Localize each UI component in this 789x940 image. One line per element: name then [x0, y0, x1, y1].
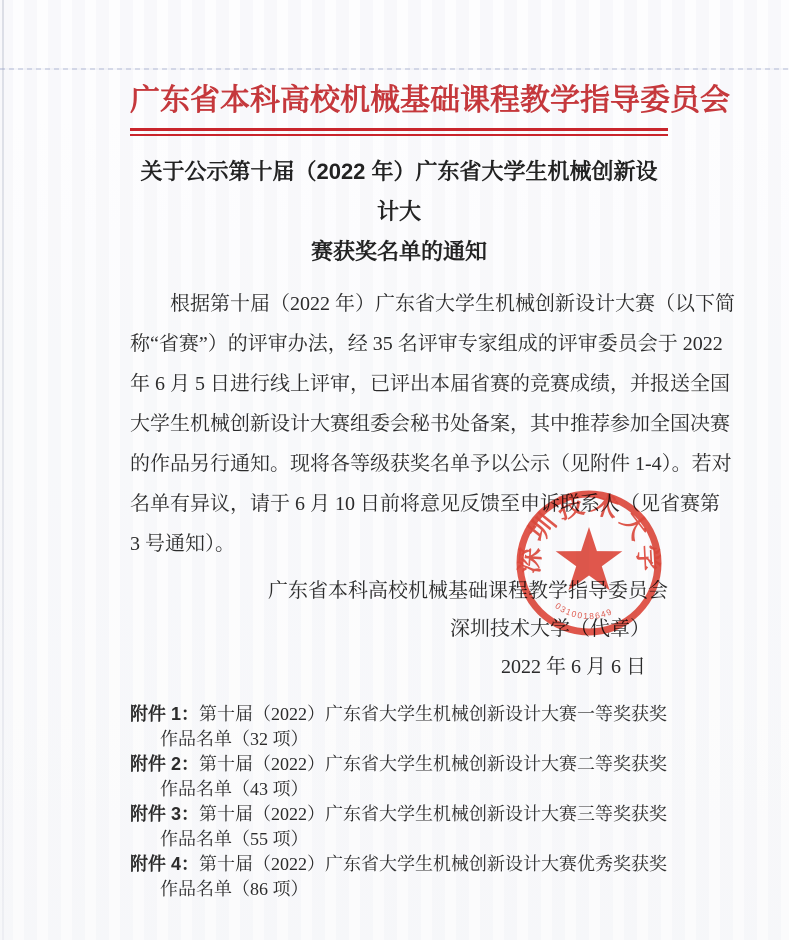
attachment-label: 附件 2：: [130, 754, 199, 774]
body-line: 根据第十届（2022 年）广东省大学生机械创新设计大赛（以下简: [130, 284, 668, 324]
attachment-continuation: 作品名单（55 项）: [130, 827, 668, 852]
letterhead-double-rule: [130, 128, 668, 136]
attachment-text: 第十届（2022）广东省大学生机械创新设计大赛优秀奖获奖: [199, 854, 667, 874]
attachment-label: 附件 1：: [130, 704, 199, 724]
attachment-text: 第十届（2022）广东省大学生机械创新设计大赛一等奖获奖: [199, 704, 667, 724]
attachment-label: 附件 3：: [130, 804, 199, 824]
attachment-continuation: 作品名单（86 项）: [130, 877, 668, 902]
attachment-continuation: 作品名单（32 项）: [130, 727, 668, 752]
signature-agency: 深圳技术大学（代章）: [130, 610, 668, 648]
document-title-line1: 关于公示第十届（2022 年）广东省大学生机械创新设计大: [130, 152, 668, 232]
attachment-text: 第十届（2022）广东省大学生机械创新设计大赛三等奖获奖: [199, 804, 667, 824]
body-line: 的作品另行通知。现将各等级获奖名单予以公示（见附件 1-4）。若对: [130, 444, 668, 484]
document-title: 关于公示第十届（2022 年）广东省大学生机械创新设计大 赛获奖名单的通知: [130, 152, 668, 272]
body-line: 大学生机械创新设计大赛组委会秘书处备案，其中推荐参加全国决赛: [130, 404, 668, 444]
attachment-item: 附件 2：第十届（2022）广东省大学生机械创新设计大赛二等奖获奖: [130, 752, 668, 777]
body-paragraph: 根据第十届（2022 年）广东省大学生机械创新设计大赛（以下简 称“省赛”）的评…: [130, 284, 668, 564]
committee-letterhead: 广东省本科高校机械基础课程教学指导委员会: [130, 82, 668, 120]
body-line: 3 号通知）。: [130, 524, 668, 564]
document-title-line2: 赛获奖名单的通知: [130, 232, 668, 272]
attachment-continuation: 作品名单（43 项）: [130, 777, 668, 802]
attachment-label: 附件 4：: [130, 854, 199, 874]
attachment-text: 第十届（2022）广东省大学生机械创新设计大赛二等奖获奖: [199, 754, 667, 774]
attachment-list: 附件 1：第十届（2022）广东省大学生机械创新设计大赛一等奖获奖 作品名单（3…: [130, 702, 668, 902]
attachment-item: 附件 1：第十届（2022）广东省大学生机械创新设计大赛一等奖获奖: [130, 702, 668, 727]
attachment-item: 附件 4：第十届（2022）广东省大学生机械创新设计大赛优秀奖获奖: [130, 852, 668, 877]
body-line: 称“省赛”）的评审办法，经 35 名评审专家组成的评审委员会于 2022: [130, 324, 668, 364]
body-line: 名单有异议，请于 6 月 10 日前将意见反馈至申诉联系人（见省赛第: [130, 484, 668, 524]
signature-date: 2022 年 6 月 6 日: [130, 648, 668, 686]
scanned-document-page: 广东省本科高校机械基础课程教学指导委员会 关于公示第十届（2022 年）广东省大…: [0, 0, 789, 940]
scan-left-edge-artifact: [2, 0, 4, 940]
body-line: 年 6 月 5 日进行线上评审，已评出本届省赛的竞赛成绩，并报送全国: [130, 364, 668, 404]
document-content: 广东省本科高校机械基础课程教学指导委员会 关于公示第十届（2022 年）广东省大…: [130, 0, 668, 902]
signature-block: 广东省本科高校机械基础课程教学指导委员会 深圳技术大学（代章） 2022 年 6…: [130, 572, 668, 686]
signature-issuer: 广东省本科高校机械基础课程教学指导委员会: [130, 572, 668, 610]
attachment-item: 附件 3：第十届（2022）广东省大学生机械创新设计大赛三等奖获奖: [130, 802, 668, 827]
